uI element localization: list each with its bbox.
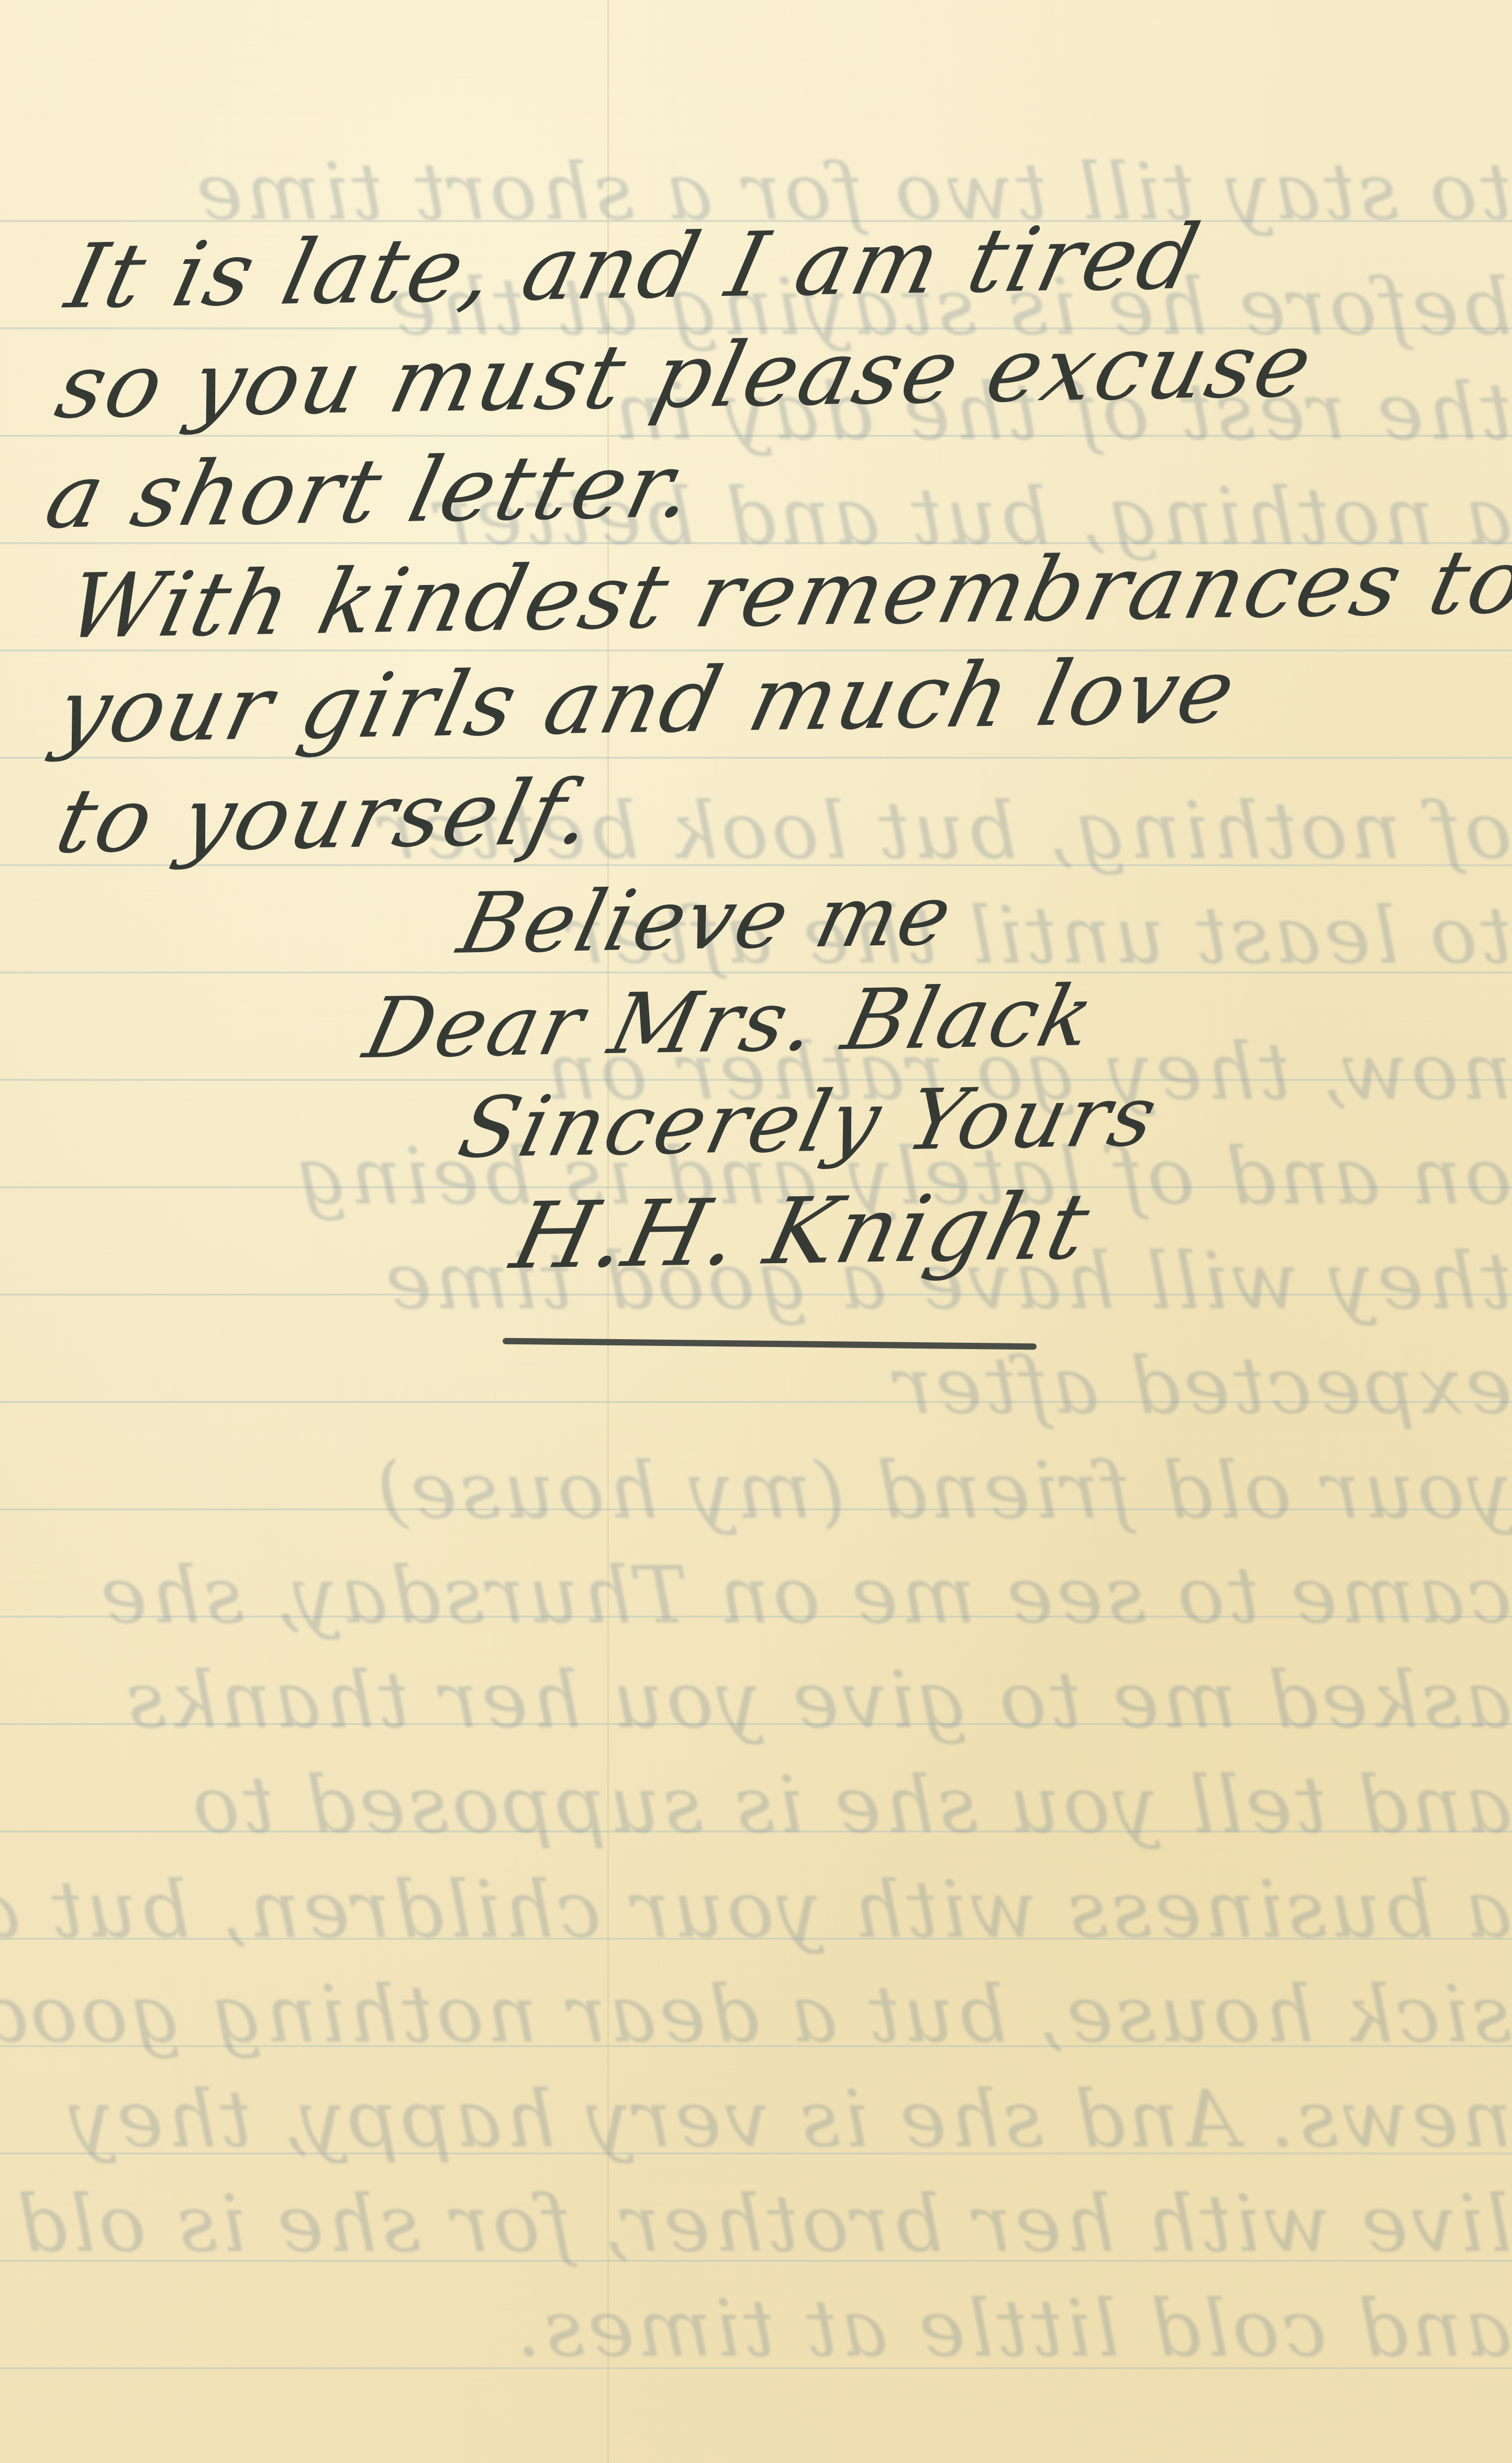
closing-salutation: Dear Mrs. Black bbox=[356, 967, 1105, 1077]
bleed-through-line: live with her brother, for she is old bbox=[0, 2179, 1512, 2270]
bleed-through-line: news. And she is very happy, they bbox=[0, 2074, 1512, 2165]
bleed-through-line: asked me to give you her thanks bbox=[0, 1655, 1512, 1746]
bleed-through-line: came to see me on Thursday, she bbox=[0, 1550, 1512, 1641]
bleed-through-line: a business with your children, but a bbox=[0, 1864, 1512, 1956]
letter-body-line: It is late, and I am tired bbox=[58, 206, 1210, 329]
signature: H.H. Knight bbox=[503, 1174, 1099, 1290]
closing-sincerely: Sincerely Yours bbox=[450, 1067, 1168, 1177]
letter-body-line: a short letter. bbox=[37, 434, 706, 549]
letter-body-line: to yourself. bbox=[47, 760, 605, 874]
letter-body-line: your girls and much love bbox=[47, 639, 1247, 764]
closing-believe-me: Believe me bbox=[450, 866, 963, 973]
bleed-through-line: sick house, but a dear nothing good bbox=[0, 1969, 1512, 2060]
bleed-through-line: and tell you she is supposed to bbox=[0, 1760, 1512, 1851]
letter-page: to stay till two for a short time before… bbox=[0, 0, 1512, 2463]
bleed-through-line: your old friend (my house) bbox=[0, 1445, 1512, 1537]
bleed-through-line: and cold little at times. bbox=[0, 2283, 1512, 2374]
bleed-through-line: expected after bbox=[0, 1341, 1512, 1432]
